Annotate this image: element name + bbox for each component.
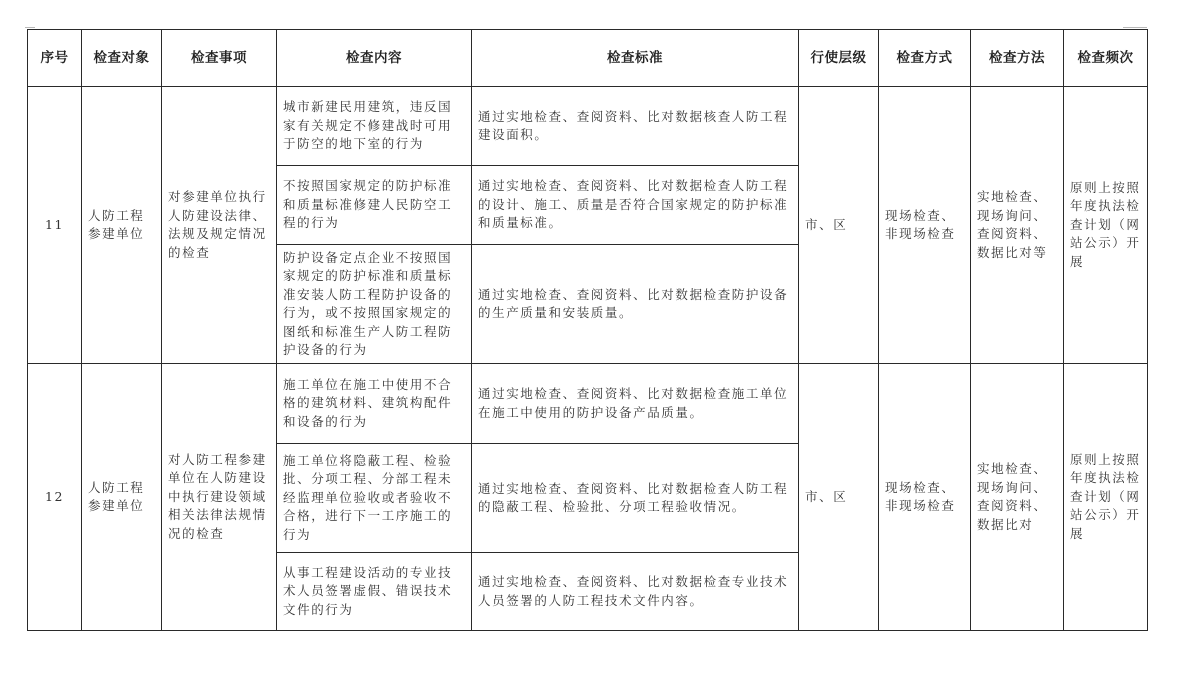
cell-mode: 现场检查、非现场检查 bbox=[879, 87, 971, 364]
cell-standard: 通过实地检查、查阅资料、比对数据检查专业技术人员签署的人防工程技术文件内容。 bbox=[472, 553, 799, 631]
cell-level: 市、区 bbox=[799, 364, 879, 631]
cell-standard: 通过实地检查、查阅资料、比对数据检查防护设备的生产质量和安装质量。 bbox=[472, 245, 799, 364]
cell-frequency: 原则上按照年度执法检查计划（网站公示）开展 bbox=[1064, 364, 1148, 631]
crop-mark-right bbox=[1123, 27, 1147, 28]
cell-standard: 通过实地检查、查阅资料、比对数据检查人防工程的设计、施工、质量是否符合国家规定的… bbox=[472, 166, 799, 245]
cell-content: 施工单位在施工中使用不合格的建筑材料、建筑构配件和设备的行为 bbox=[277, 364, 472, 444]
header-content: 检查内容 bbox=[277, 30, 472, 87]
cell-content: 不按照国家规定的防护标准和质量标准修建人民防空工程的行为 bbox=[277, 166, 472, 245]
header-method: 检查方法 bbox=[971, 30, 1064, 87]
cell-method: 实地检查、现场询问、查阅资料、数据比对 bbox=[971, 364, 1064, 631]
crop-mark-left bbox=[25, 27, 35, 28]
cell-level: 市、区 bbox=[799, 87, 879, 364]
header-object: 检查对象 bbox=[82, 30, 162, 87]
cell-content: 城市新建民用建筑，违反国家有关规定不修建战时可用于防空的地下室的行为 bbox=[277, 87, 472, 166]
cell-content: 施工单位将隐蔽工程、检验批、分项工程、分部工程未经监理单位验收或者验收不合格，进… bbox=[277, 444, 472, 553]
cell-no: 12 bbox=[28, 364, 82, 631]
cell-method: 实地检查、现场询问、查阅资料、数据比对等 bbox=[971, 87, 1064, 364]
cell-frequency: 原则上按照年度执法检查计划（网站公示）开展 bbox=[1064, 87, 1148, 364]
cell-standard: 通过实地检查、查阅资料、比对数据核查人防工程建设面积。 bbox=[472, 87, 799, 166]
header-item: 检查事项 bbox=[162, 30, 277, 87]
cell-object: 人防工程参建单位 bbox=[82, 87, 162, 364]
header-no: 序号 bbox=[28, 30, 82, 87]
cell-object: 人防工程参建单位 bbox=[82, 364, 162, 631]
cell-mode: 现场检查、非现场检查 bbox=[879, 364, 971, 631]
cell-standard: 通过实地检查、查阅资料、比对数据检查施工单位在施工中使用的防护设备产品质量。 bbox=[472, 364, 799, 444]
cell-no: 11 bbox=[28, 87, 82, 364]
cell-item: 对人防工程参建单位在人防建设中执行建设领域相关法律法规情况的检查 bbox=[162, 364, 277, 631]
cell-content: 从事工程建设活动的专业技术人员签署虚假、错误技术文件的行为 bbox=[277, 553, 472, 631]
cell-standard: 通过实地检查、查阅资料、比对数据检查人防工程的隐蔽工程、检验批、分项工程验收情况… bbox=[472, 444, 799, 553]
cell-item: 对参建单位执行人防建设法律、法规及规定情况的检查 bbox=[162, 87, 277, 364]
header-level: 行使层级 bbox=[799, 30, 879, 87]
cell-content: 防护设备定点企业不按照国家规定的防护标准和质量标准安装人防工程防护设备的行为，或… bbox=[277, 245, 472, 364]
header-mode: 检查方式 bbox=[879, 30, 971, 87]
table-row: 12 人防工程参建单位 对人防工程参建单位在人防建设中执行建设领域相关法律法规情… bbox=[28, 364, 1148, 444]
header-row: 序号 检查对象 检查事项 检查内容 检查标准 行使层级 检查方式 检查方法 检查… bbox=[28, 30, 1148, 87]
header-standard: 检查标准 bbox=[472, 30, 799, 87]
inspection-table: 序号 检查对象 检查事项 检查内容 检查标准 行使层级 检查方式 检查方法 检查… bbox=[27, 29, 1148, 631]
header-frequency: 检查频次 bbox=[1064, 30, 1148, 87]
table-row: 11 人防工程参建单位 对参建单位执行人防建设法律、法规及规定情况的检查 城市新… bbox=[28, 87, 1148, 166]
